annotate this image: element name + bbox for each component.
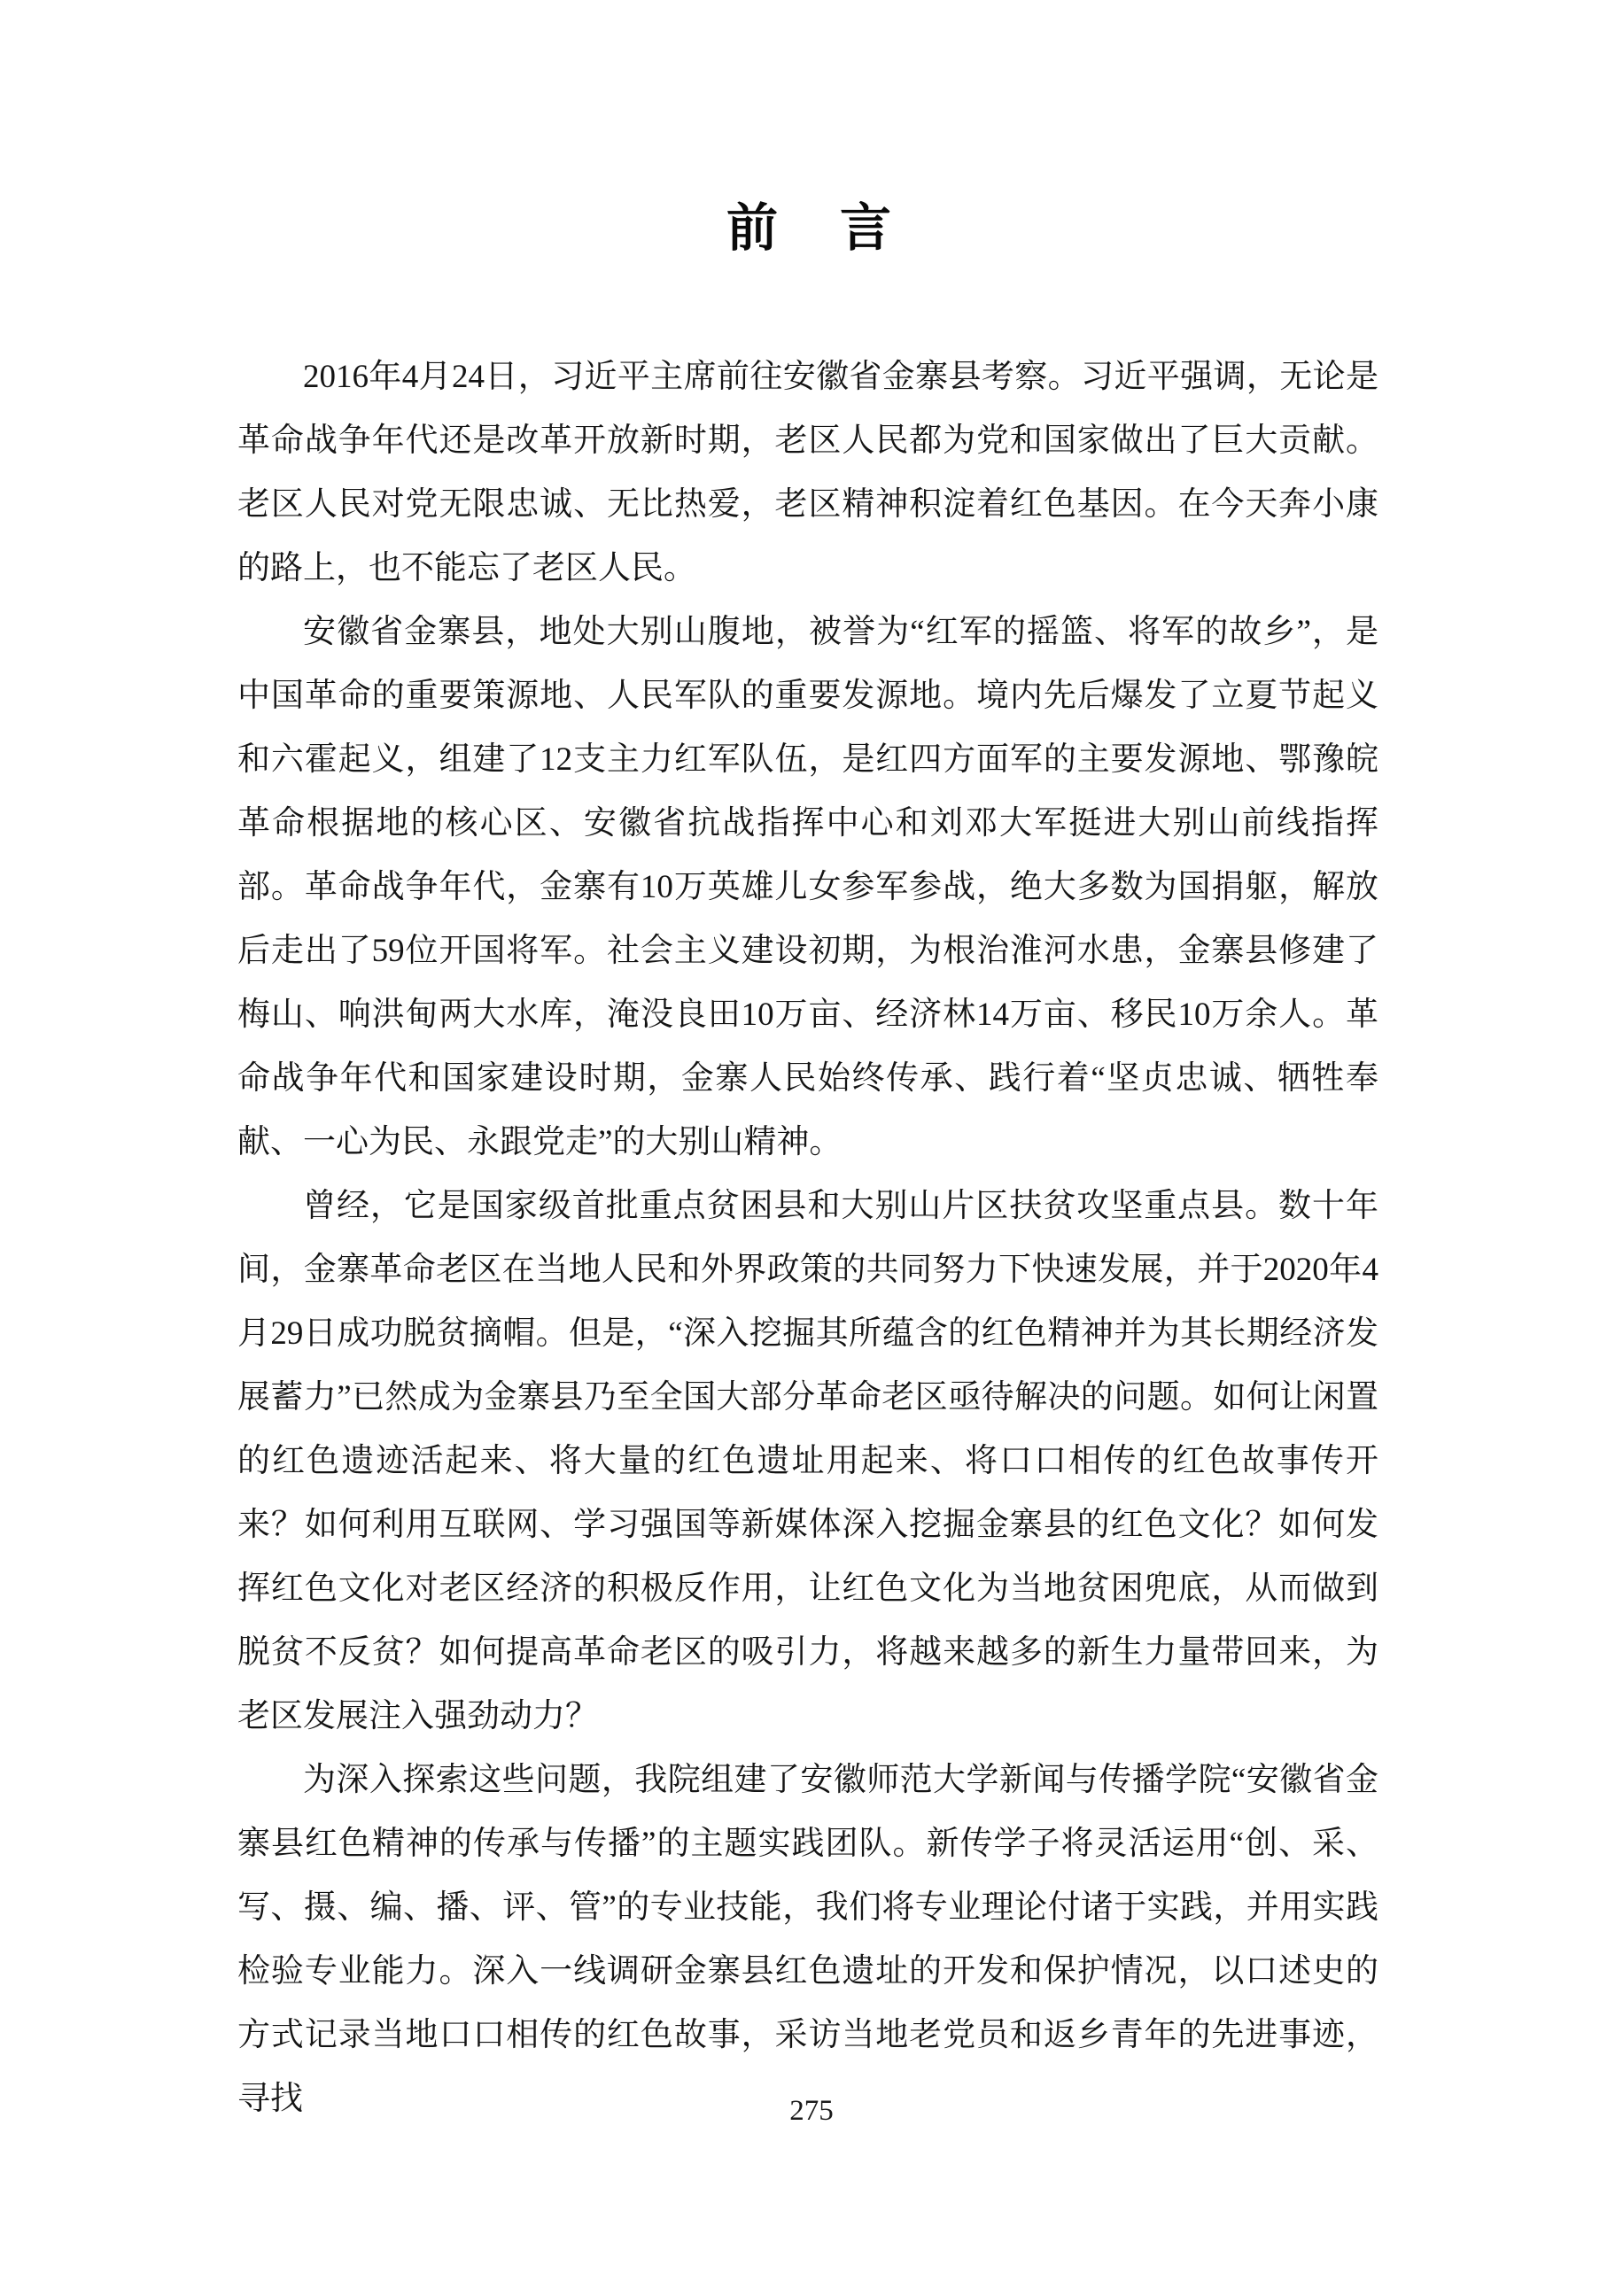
paragraph: 安徽省金寨县，地处大别山腹地，被誉为“红军的摇篮、将军的故乡”，是中国革命的重要… (237, 601, 1378, 1175)
document-page: 前 言 2016年4月24日，习近平主席前往安徽省金寨县考察。习近平强调，无论是… (0, 0, 1623, 2296)
paragraph: 曾经，它是国家级首批重点贫困县和大别山片区扶贫攻坚重点县。数十年间，金寨革命老区… (237, 1175, 1378, 1749)
paragraph: 2016年4月24日，习近平主席前往安徽省金寨县考察。习近平强调，无论是革命战争… (237, 345, 1378, 601)
document-body: 2016年4月24日，习近平主席前往安徽省金寨县考察。习近平强调，无论是革命战争… (237, 345, 1378, 2131)
paragraph: 为深入探索这些问题，我院组建了安徽师范大学新闻与传播学院“安徽省金寨县红色精神的… (237, 1749, 1378, 2131)
page-number: 275 (0, 2095, 1623, 2128)
page-title: 前 言 (0, 193, 1623, 264)
